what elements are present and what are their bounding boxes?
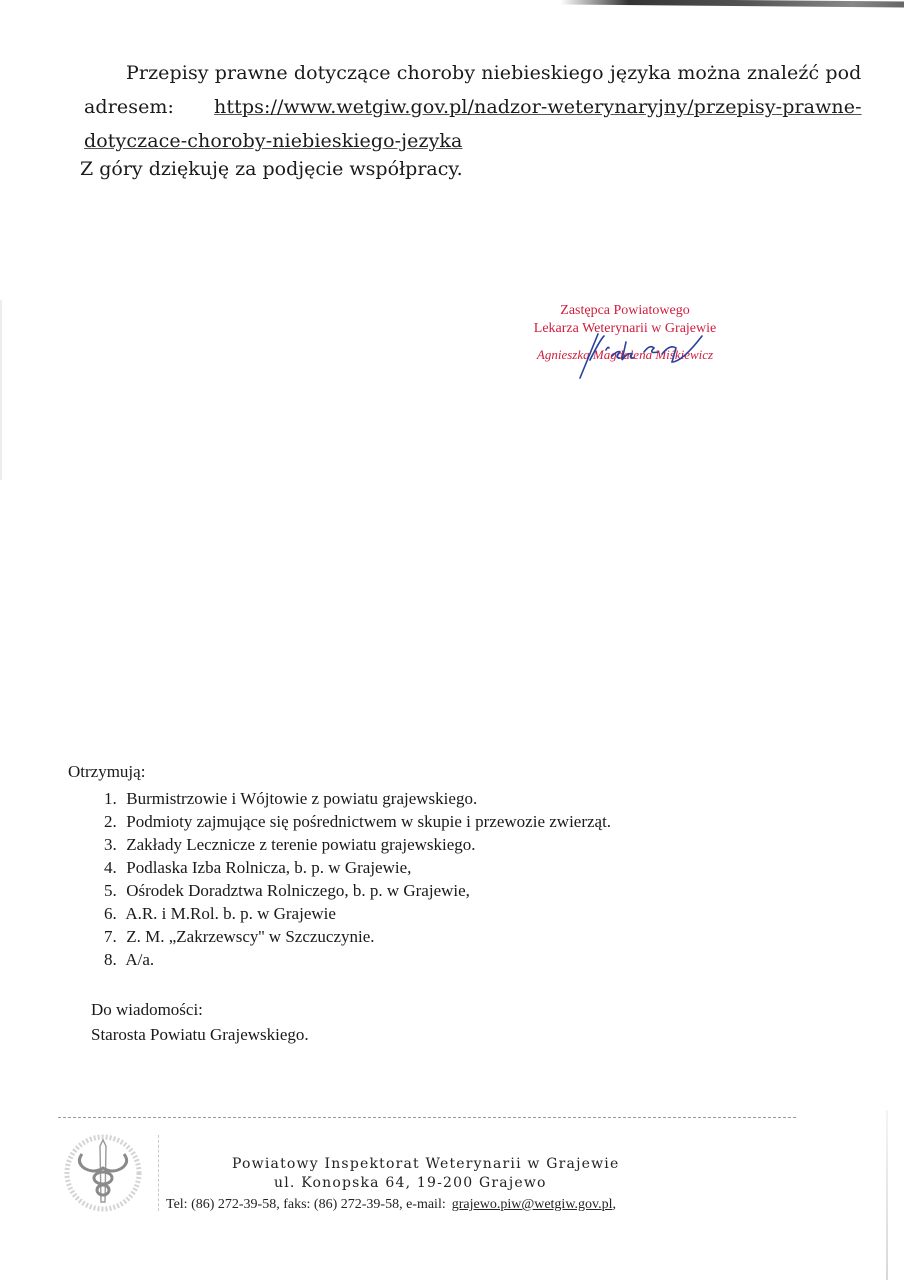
list-item: 1. Burmistrzowie i Wójtowie z powiatu gr… — [104, 787, 611, 810]
address-label: adresem: — [84, 96, 174, 118]
handwritten-signature-icon — [560, 330, 720, 380]
list-item: 4. Podlaska Izba Rolnicza, b. p. w Graje… — [104, 856, 611, 879]
list-item: 3. Zakłady Lecznicze z terenie powiatu g… — [104, 833, 611, 856]
contact-phone-fax: Tel: (86) 272-39-58, faks: (86) 272-39-5… — [166, 1197, 446, 1212]
url-continuation: dotyczace-choroby-niebieskiego-jezyka — [84, 124, 814, 158]
stamp-title-line1: Zastępca Powiatowego — [520, 302, 730, 320]
caduceus-icon — [62, 1132, 144, 1214]
paragraph-intro: Przepisy prawne dotyczące choroby niebie… — [84, 56, 814, 90]
scan-edge-right — [886, 1110, 888, 1280]
footer-divider — [58, 1117, 796, 1118]
institution-address: ul. Konopska 64, 19-200 Grajewo — [274, 1175, 547, 1191]
regulations-link[interactable]: https://www.wetgiw.gov.pl/nadzor-weteryn… — [214, 96, 862, 118]
contact-email-link[interactable]: grajewo.piw@wetgiw.gov.pl — [452, 1197, 613, 1212]
legal-info-paragraph: Przepisy prawne dotyczące choroby niebie… — [84, 56, 814, 158]
address-line: adresem:https://www.wetgiw.gov.pl/nadzor… — [84, 90, 814, 124]
institution-contact: Tel: (86) 272-39-58, faks: (86) 272-39-5… — [166, 1197, 616, 1213]
cc-heading: Do wiadomości: — [91, 1000, 203, 1020]
recipients-list: 1. Burmistrzowie i Wójtowie z powiatu gr… — [104, 787, 611, 971]
list-item: 2. Podmioty zajmujące się pośrednictwem … — [104, 810, 611, 833]
cc-recipient: Starosta Powiatu Grajewskiego. — [91, 1025, 309, 1045]
list-item: 8. A/a. — [104, 948, 611, 971]
list-item: 6. A.R. i M.Rol. b. p. w Grajewie — [104, 902, 611, 925]
scan-edge-top — [560, 0, 904, 8]
scan-edge-left — [0, 300, 2, 480]
regulations-link-cont[interactable]: dotyczace-choroby-niebieskiego-jezyka — [84, 130, 462, 152]
list-item: 7. Z. M. „Zakrzewscy'' w Szczuczynie. — [104, 925, 611, 948]
list-item: 5. Ośrodek Doradztwa Rolniczego, b. p. w… — [104, 879, 611, 902]
thanks-line: Z góry dziękuję za podjęcie współpracy. — [80, 158, 463, 180]
institution-name: Powiatowy Inspektorat Weterynarii w Graj… — [232, 1156, 619, 1172]
recipients-heading: Otrzymują: — [68, 762, 145, 782]
footer-separator — [158, 1135, 159, 1211]
